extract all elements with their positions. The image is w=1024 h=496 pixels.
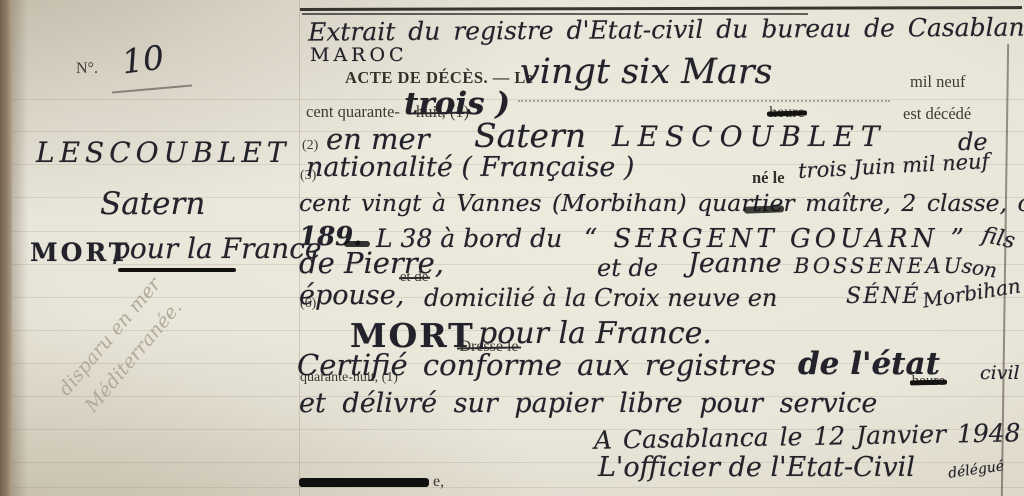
death-date-hw: vingt six Mars xyxy=(520,52,773,92)
mother-firstname: Jeanne xyxy=(688,248,782,279)
cent-quarante: cent quarante- xyxy=(306,102,400,122)
acte-label: ACTE DE DÉCÈS. — Le xyxy=(345,68,534,88)
morbihan-smear xyxy=(744,205,784,213)
heure-struck: heure xyxy=(769,104,805,121)
margin-mort-underline xyxy=(118,268,236,272)
certifie: Certifié conforme aux registres xyxy=(297,348,776,382)
mother-surname: BOSSENEAU xyxy=(794,254,964,278)
ne-le: né le xyxy=(752,168,785,188)
mort-script: pour la France. xyxy=(478,316,712,351)
top-rule-1 xyxy=(300,6,1022,11)
ruled-line xyxy=(0,487,1024,488)
morbihan-2: Morbihan xyxy=(921,273,1023,312)
en-mer: en mer xyxy=(326,122,430,156)
bottom-remnant: e, xyxy=(433,473,444,491)
birth-date: trois Juin mil neuf xyxy=(798,149,990,183)
birth-line: cent vingt à Vannes (Morbihan) quartier … xyxy=(299,189,1024,217)
register-number-value: 10 xyxy=(120,38,166,82)
matricule-smear xyxy=(344,241,370,247)
sene: SÉNÉ xyxy=(846,284,920,309)
est-decede: est décédé xyxy=(903,104,971,124)
victim-firstname: Satern xyxy=(474,116,586,155)
officier-line: L'officier de l'Etat-Civil xyxy=(598,452,915,483)
margin-mort-script: pour la France xyxy=(112,232,321,265)
register-number-label: N°. xyxy=(76,60,98,78)
fils: fils xyxy=(980,223,1017,254)
father-name: de Pierre, xyxy=(299,246,444,280)
bottom-bar xyxy=(299,478,429,487)
epouse: épouse, xyxy=(299,280,404,311)
civil: civil xyxy=(980,362,1020,384)
et-de-hw: et de xyxy=(597,254,658,282)
register-page: N°. 10 LESCOUBLET Satern MORT pour la Fr… xyxy=(0,0,1024,496)
mil-neuf: mil neuf xyxy=(910,72,965,92)
etat: de l'état xyxy=(798,346,940,382)
book-edge-shadow xyxy=(12,0,28,496)
book-edge xyxy=(0,0,12,496)
delivre-line: et délivré sur papier libre pour service xyxy=(299,388,877,419)
nationality: nationalité ( Française ) xyxy=(306,152,634,183)
domicile: domicilié à la Croix neuve en xyxy=(424,284,777,312)
extract-line: Extrait du registre d'Etat-civil du bure… xyxy=(308,12,1024,46)
number-underline xyxy=(112,85,192,94)
margin-surname: LESCOUBLET xyxy=(36,136,290,169)
margin-firstname: Satern xyxy=(100,186,205,222)
place-date: A Casablanca le 12 Janvier 1948 xyxy=(594,418,1021,454)
country-line: MAROC xyxy=(310,44,408,66)
victim-surname: LESCOUBLET xyxy=(612,120,886,153)
